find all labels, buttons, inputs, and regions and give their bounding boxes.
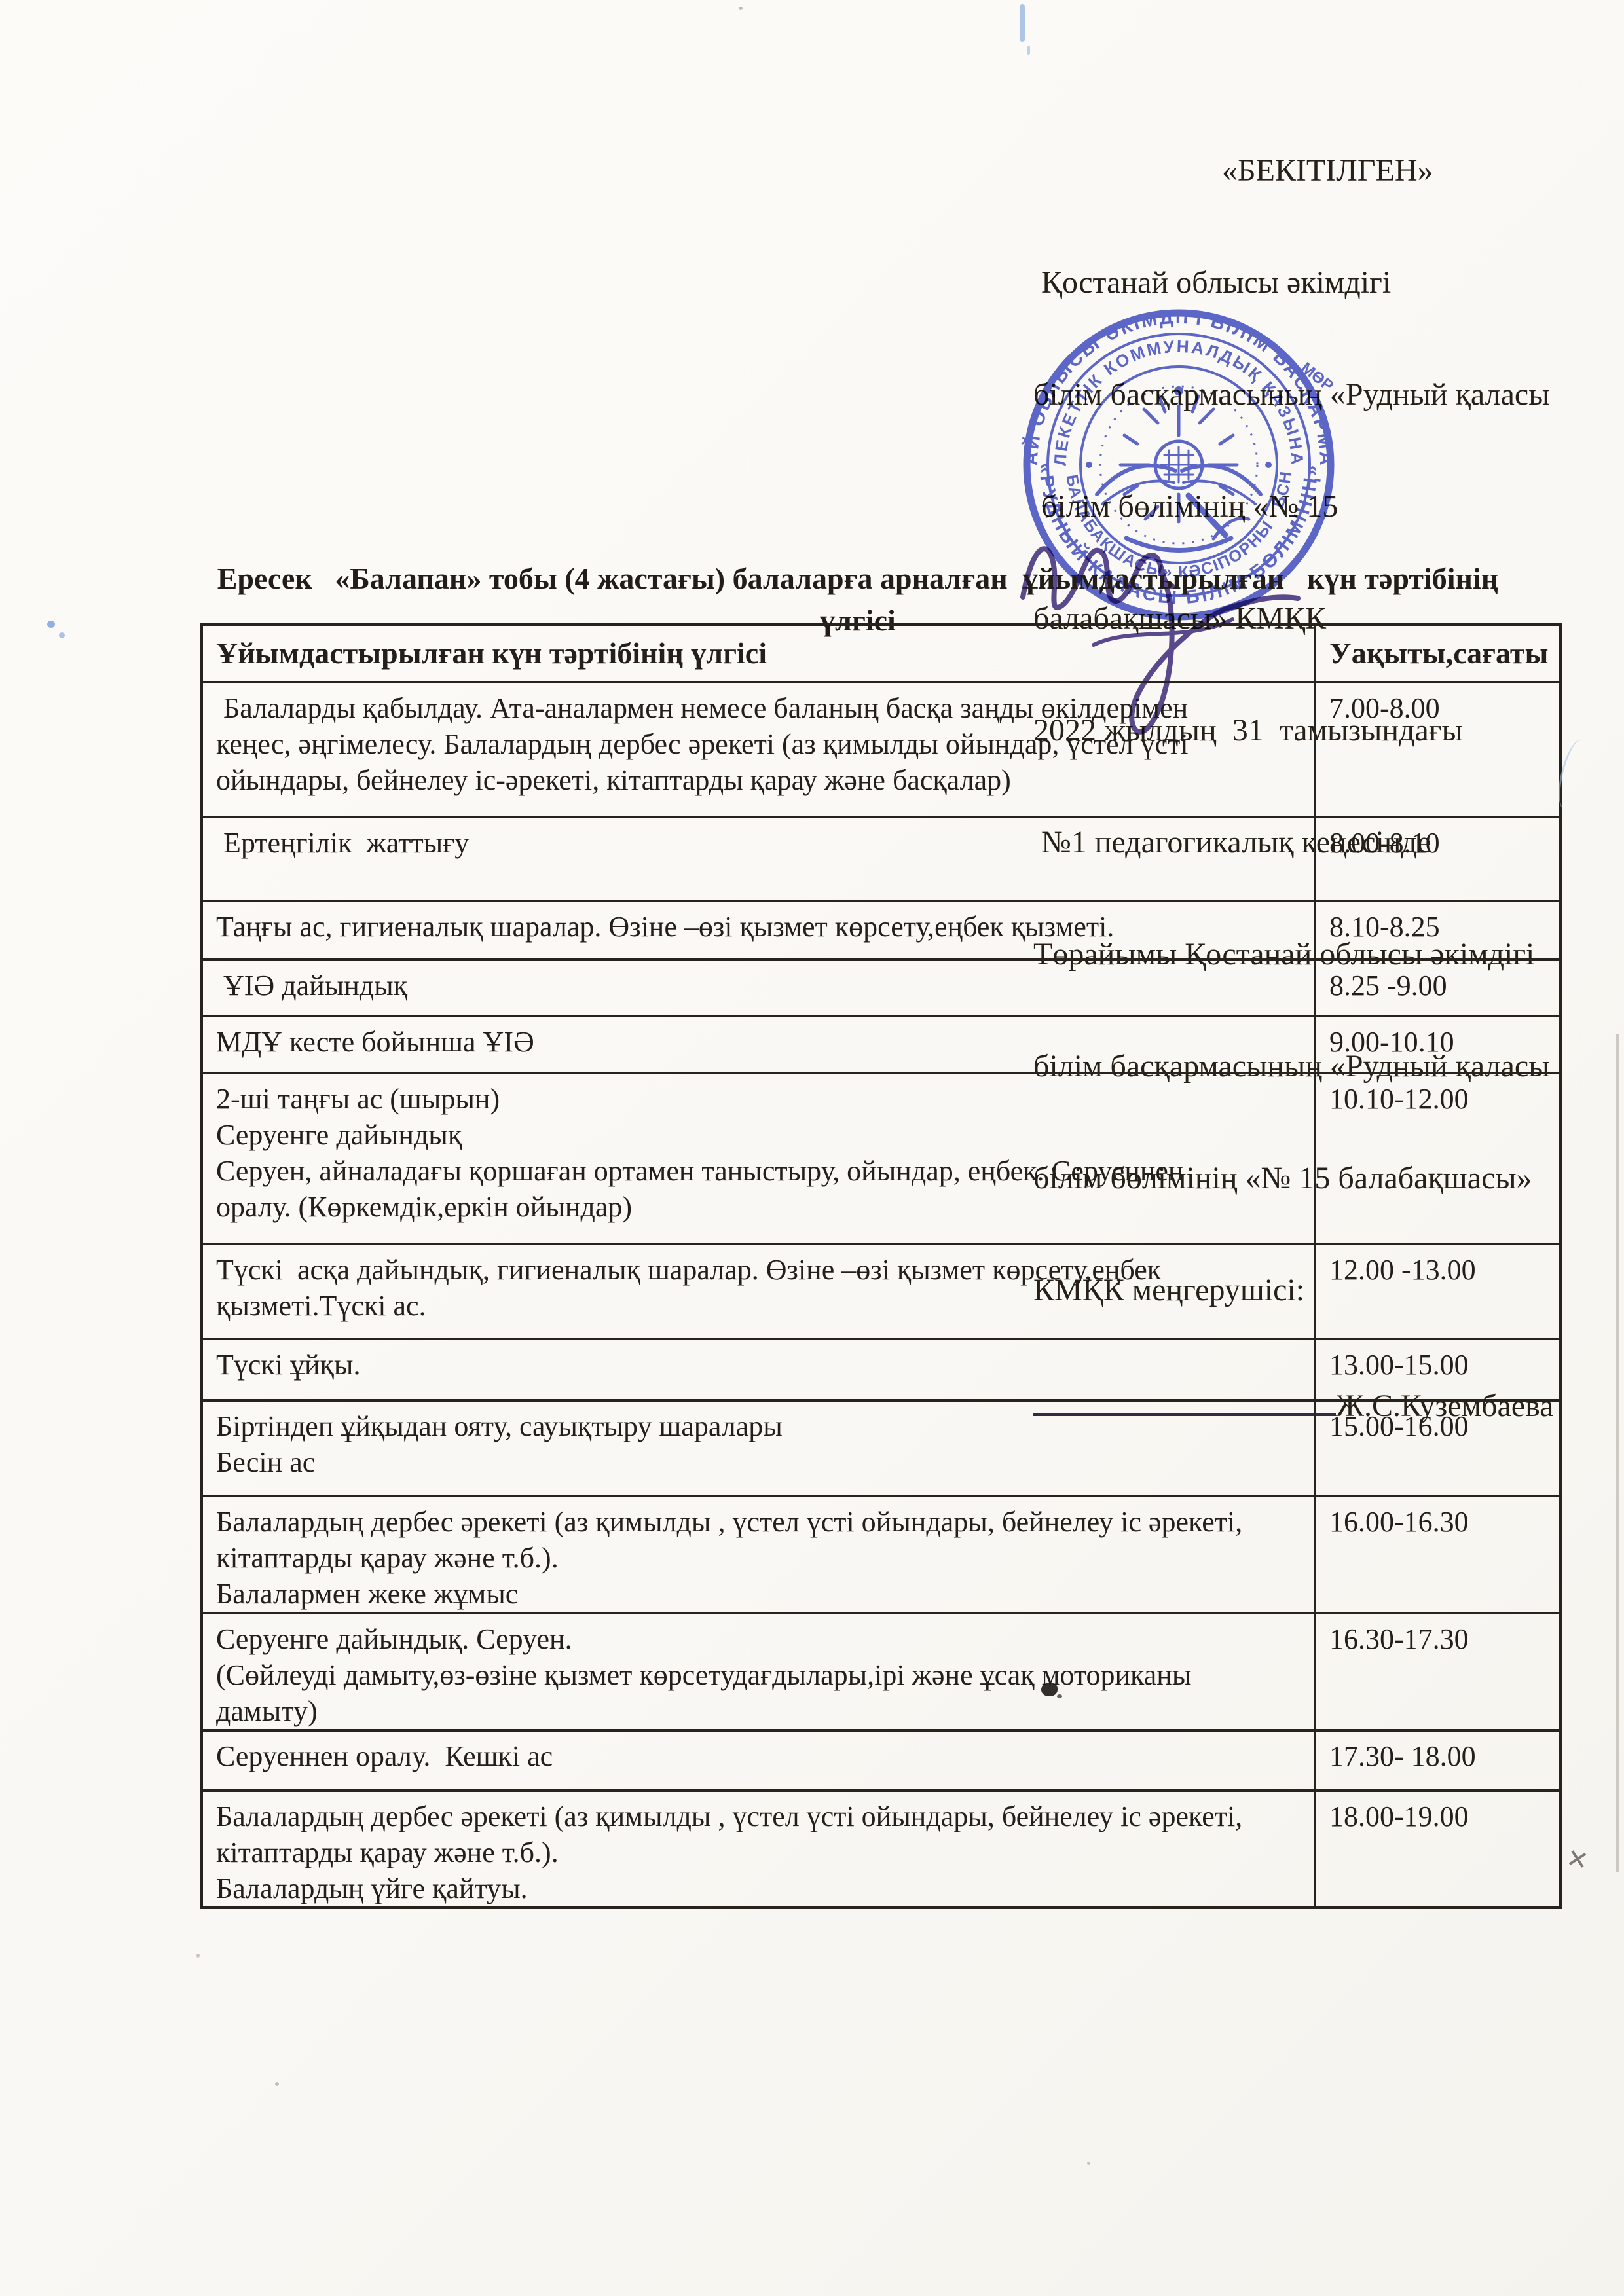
scan-artifact-speck (1087, 2162, 1090, 2165)
table-row: Таңғы ас, гигиеналық шаралар. Өзіне –өзі… (202, 901, 1560, 960)
activity-cell: Серуеннен оралу. Кешкі ас (202, 1730, 1315, 1791)
activity-cell: МДҰ кесте бойынша ҰІӘ (202, 1016, 1315, 1073)
time-cell: 7.00-8.00 (1315, 682, 1560, 817)
activity-cell: Балаларды қабылдау. Ата-аналармен немесе… (202, 682, 1315, 817)
activity-cell: Балалардың дербес әрекеті (аз қимылды , … (202, 1496, 1315, 1613)
activity-cell: Серуенге дайындық. Серуен. (Сөйлеуді дам… (202, 1613, 1315, 1730)
table-row: Балалардың дербес әрекеті (аз қимылды , … (202, 1791, 1560, 1908)
time-cell: 8.25 -9.00 (1315, 960, 1560, 1016)
activity-cell: Түскі ұйқы. (202, 1339, 1315, 1400)
time-cell: 16.30-17.30 (1315, 1613, 1560, 1730)
table-row: Серуеннен оралу. Кешкі ас17.30- 18.00 (202, 1730, 1560, 1791)
scan-artifact-blue-dot (47, 621, 55, 628)
table-row: Біртіндеп ұйқыдан ояту, сауықтыру шарала… (202, 1400, 1560, 1496)
time-cell: 16.00-16.30 (1315, 1496, 1560, 1613)
schedule-table: Ұйымдастырылған күн тәртібінің үлгісі Уа… (200, 623, 1562, 1909)
table-row: Ертеңгілік жаттығу8.00-8.10 (202, 817, 1560, 901)
table-row: ҰІӘ дайындық8.25 -9.00 (202, 960, 1560, 1016)
activity-cell: Ертеңгілік жаттығу (202, 817, 1315, 901)
col-header-time: Уақыты,сағаты (1315, 625, 1560, 682)
table-row: Балалардың дербес әрекеті (аз қимылды , … (202, 1496, 1560, 1613)
scanned-document-page: «БЕКІТІЛГЕН» Қостанай облысы әкімдігі бі… (0, 0, 1624, 2296)
scan-artifact-blue-streak (1027, 46, 1030, 55)
col-header-activity: Ұйымдастырылған күн тәртібінің үлгісі (202, 625, 1315, 682)
time-cell: 8.00-8.10 (1315, 817, 1560, 901)
scan-artifact-paper-edge (1616, 1034, 1619, 1872)
activity-cell: Түскі асқа дайындық, гигиеналық шаралар.… (202, 1244, 1315, 1339)
table-row: Түскі асқа дайындық, гигиеналық шаралар.… (202, 1244, 1560, 1339)
table-row: Түскі ұйқы.13.00-15.00 (202, 1339, 1560, 1400)
time-cell: 10.10-12.00 (1315, 1073, 1560, 1244)
time-cell: 12.00 -13.00 (1315, 1244, 1560, 1339)
time-cell: 17.30- 18.00 (1315, 1730, 1560, 1791)
activity-cell: Біртіндеп ұйқыдан ояту, сауықтыру шарала… (202, 1400, 1315, 1496)
table-header-row: Ұйымдастырылған күн тәртібінің үлгісі Уа… (202, 625, 1560, 682)
time-cell: 8.10-8.25 (1315, 901, 1560, 960)
activity-cell: 2-ші таңғы ас (шырын) Серуенге дайындық … (202, 1073, 1315, 1244)
table-row: Серуенге дайындық. Серуен. (Сөйлеуді дам… (202, 1613, 1560, 1730)
scan-artifact-cross-mark: ✕ (1564, 1843, 1591, 1877)
time-cell: 15.00-16.00 (1315, 1400, 1560, 1496)
table-row: 2-ші таңғы ас (шырын) Серуенге дайындық … (202, 1073, 1560, 1244)
table-row: Балаларды қабылдау. Ата-аналармен немесе… (202, 682, 1560, 817)
time-cell: 18.00-19.00 (1315, 1791, 1560, 1908)
approval-line: «БЕКІТІЛГЕН» (1033, 152, 1603, 189)
time-cell: 9.00-10.10 (1315, 1016, 1560, 1073)
activity-cell: Балалардың дербес әрекеті (аз қимылды , … (202, 1791, 1315, 1908)
scan-artifact-speck (196, 1954, 200, 1958)
scan-artifact-blue-streak (1020, 4, 1025, 42)
table-row: МДҰ кесте бойынша ҰІӘ9.00-10.10 (202, 1016, 1560, 1073)
scan-artifact-speck (275, 2082, 279, 2086)
activity-cell: ҰІӘ дайындық (202, 960, 1315, 1016)
scan-artifact-speck (739, 7, 743, 10)
scan-artifact-blue-dot (59, 632, 65, 638)
time-cell: 13.00-15.00 (1315, 1339, 1560, 1400)
activity-cell: Таңғы ас, гигиеналық шаралар. Өзіне –өзі… (202, 901, 1315, 960)
